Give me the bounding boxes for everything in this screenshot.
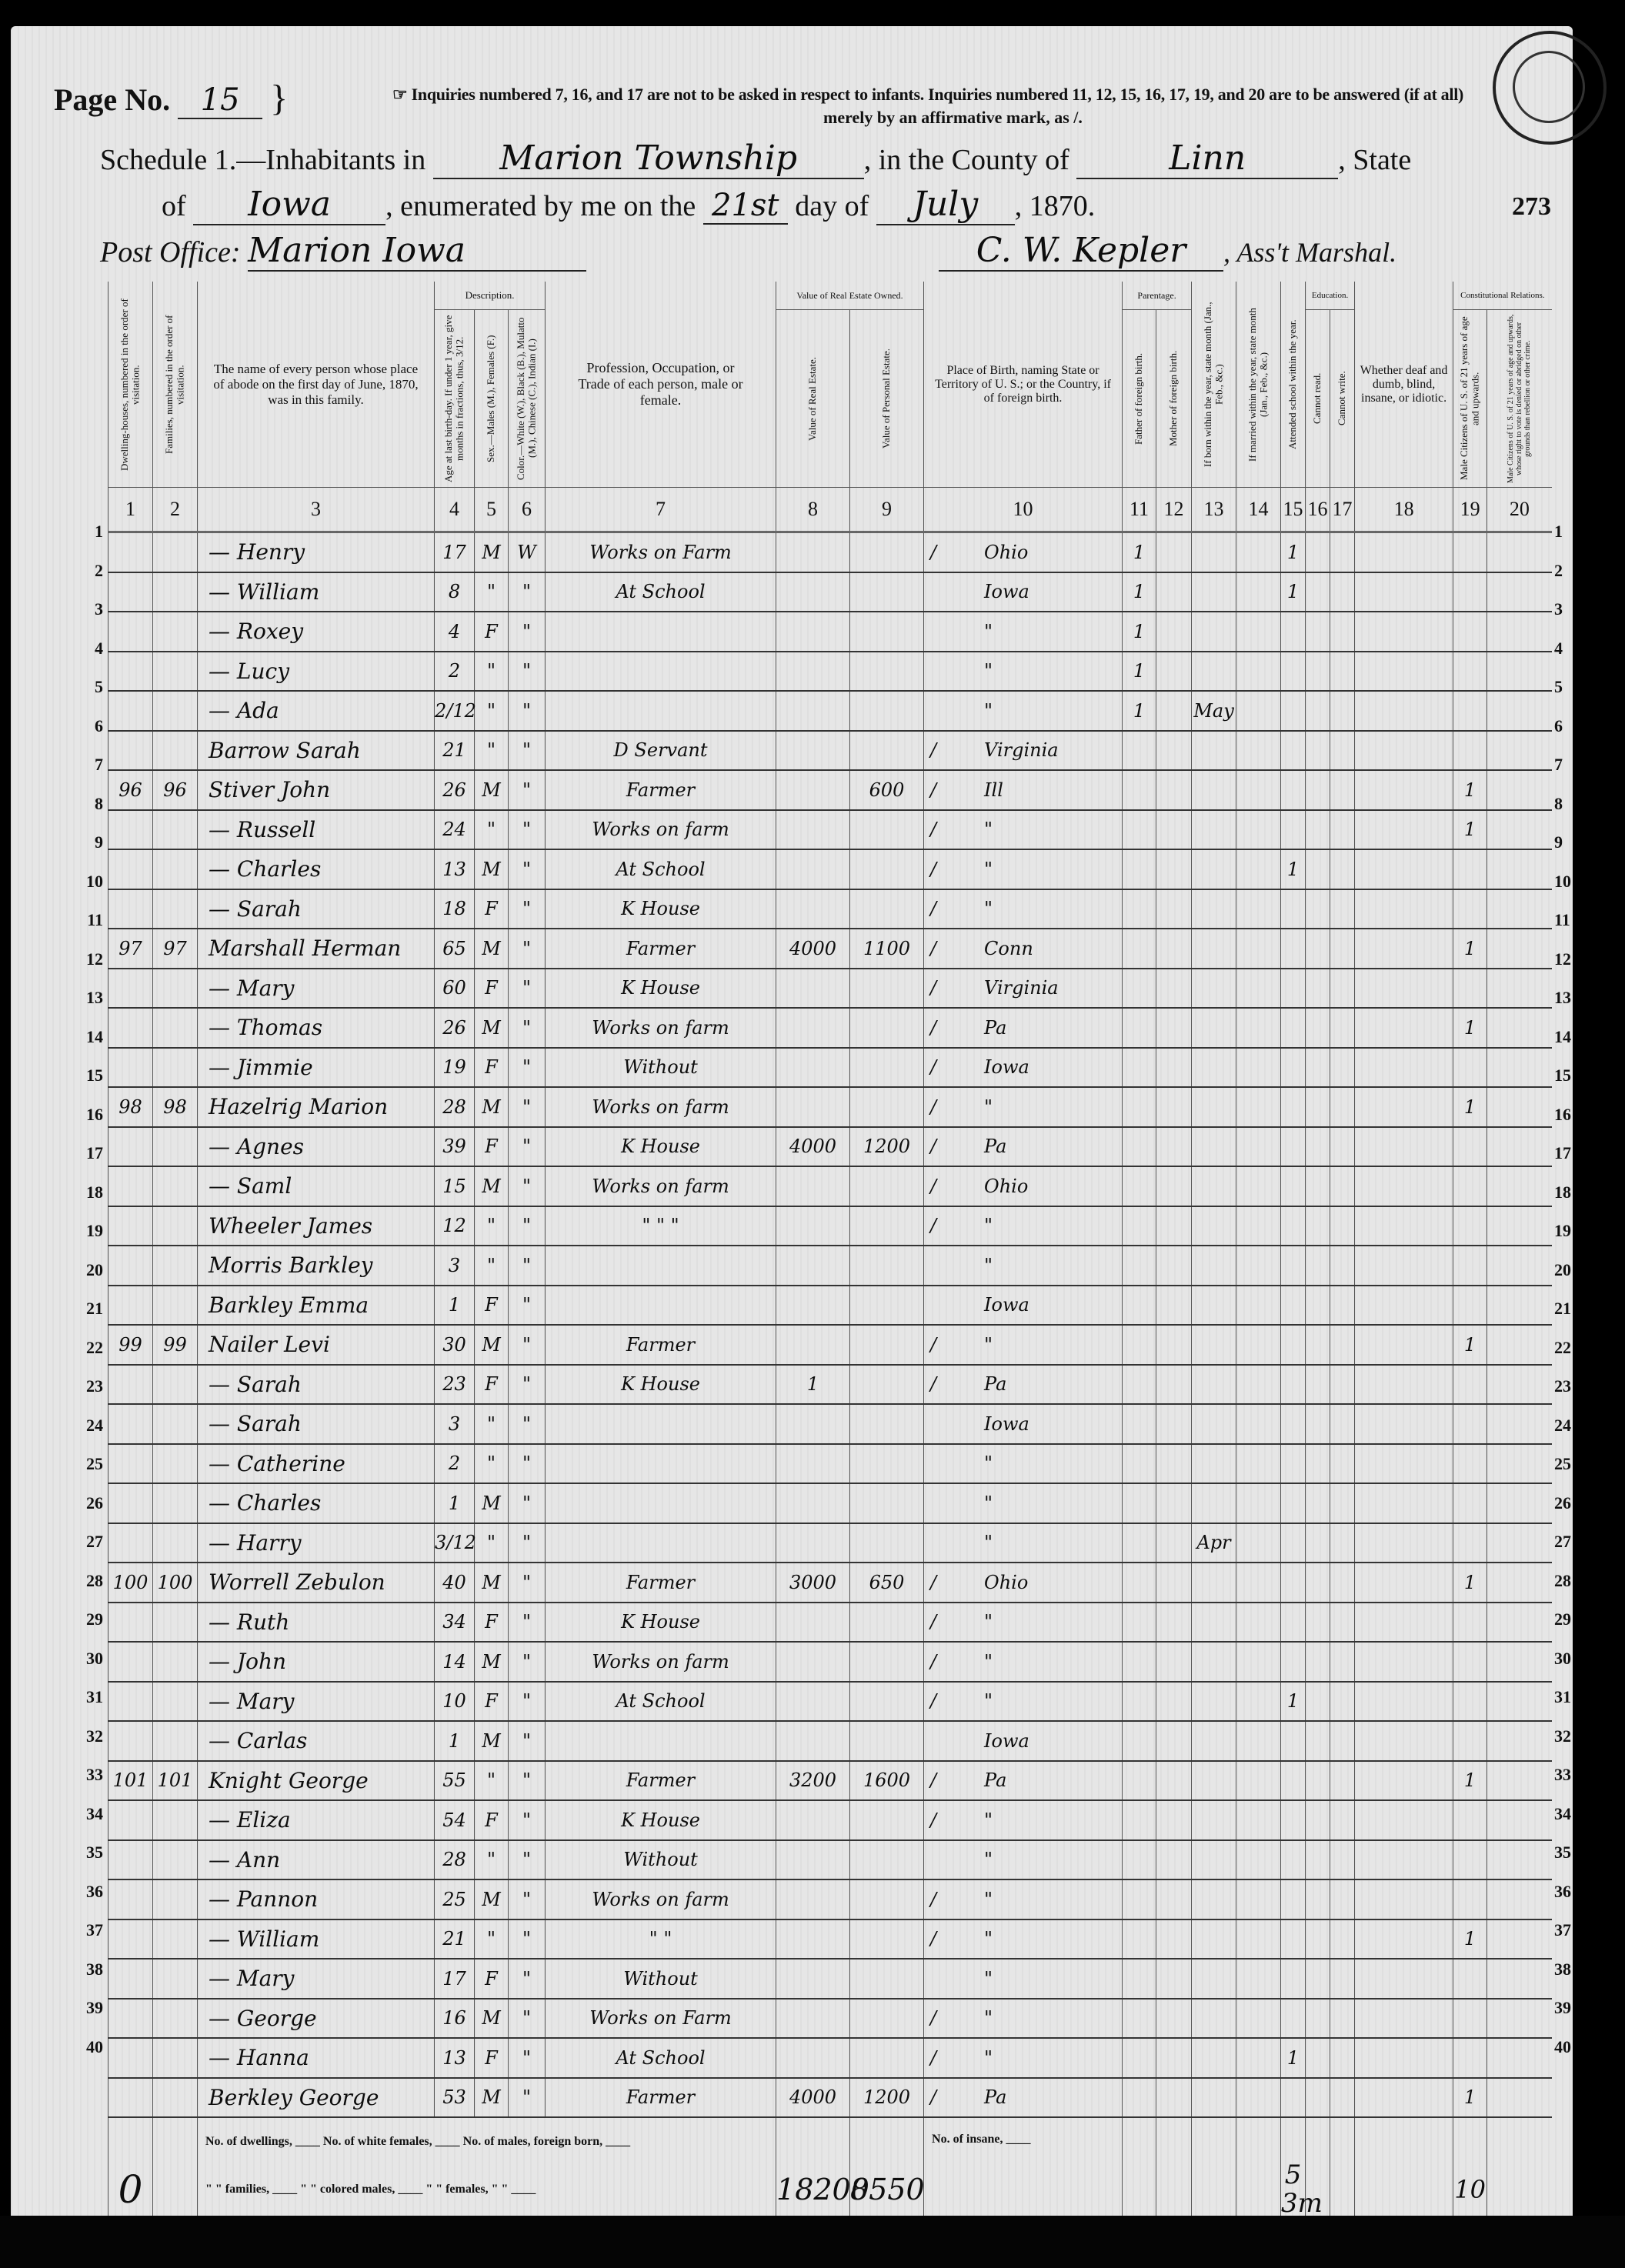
dwelling-number xyxy=(108,1246,153,1286)
birthplace-value: " xyxy=(984,1532,993,1553)
sex: F xyxy=(475,612,509,652)
cannot-write xyxy=(1330,1246,1355,1286)
vote-denied xyxy=(1487,1483,1552,1523)
vote-denied xyxy=(1487,1879,1552,1919)
real-estate-value xyxy=(776,1166,850,1206)
dwelling-number xyxy=(108,1959,153,1999)
check-mark: / xyxy=(930,1611,984,1633)
dwelling-number xyxy=(108,532,153,572)
line-number-right: 28 xyxy=(1554,1571,1571,1591)
male-citizen xyxy=(1453,1879,1487,1919)
table-row: — Mary17F"Without" xyxy=(108,1959,1552,1999)
mother-foreign xyxy=(1156,1087,1192,1127)
birthplace: /Pa xyxy=(924,1008,1123,1048)
male-citizen: 1 xyxy=(1453,1008,1487,1048)
male-citizen xyxy=(1453,889,1487,929)
vote-denied xyxy=(1487,1999,1552,2039)
occupation: " " " xyxy=(546,1206,776,1246)
occupation: K House xyxy=(546,889,776,929)
color: " xyxy=(509,969,546,1009)
occupation: Works on Farm xyxy=(546,1999,776,2039)
marshal-label: , Ass't Marshal. xyxy=(1223,237,1396,268)
vote-denied xyxy=(1487,1563,1552,1603)
family-number: 96 xyxy=(153,770,198,810)
real-estate-value xyxy=(776,1048,850,1088)
marriage-month xyxy=(1236,1286,1281,1326)
age: 13 xyxy=(435,2038,475,2078)
age: 17 xyxy=(435,532,475,572)
notice-text-2: merely by an affirmative mark, as /. xyxy=(823,108,1083,128)
father-foreign xyxy=(1123,1444,1156,1484)
attended-school xyxy=(1281,1048,1306,1088)
father-foreign xyxy=(1123,1246,1156,1286)
personal-estate-value xyxy=(850,1959,924,1999)
mother-foreign xyxy=(1156,1959,1192,1999)
dwelling-number xyxy=(108,572,153,612)
age: 55 xyxy=(435,1761,475,1801)
dwelling-number xyxy=(108,1444,153,1484)
marriage-month xyxy=(1236,652,1281,692)
attended-school xyxy=(1281,1127,1306,1167)
real-estate-value xyxy=(776,1959,850,1999)
color: " xyxy=(509,1087,546,1127)
family-number xyxy=(153,1404,198,1444)
cannot-write xyxy=(1330,1840,1355,1880)
father-foreign: 1 xyxy=(1123,532,1156,572)
attended-school xyxy=(1281,1721,1306,1761)
father-foreign xyxy=(1123,889,1156,929)
attended-school xyxy=(1281,1563,1306,1603)
birth-month xyxy=(1192,889,1236,929)
check-mark: / xyxy=(930,1096,984,1118)
birth-month xyxy=(1192,572,1236,612)
marriage-month xyxy=(1236,532,1281,572)
cannot-write xyxy=(1330,1206,1355,1246)
line-number-right: 18 xyxy=(1554,1182,1571,1202)
sex: " xyxy=(475,1761,509,1801)
sex: M xyxy=(475,1483,509,1523)
birth-month: Apr xyxy=(1192,1523,1236,1563)
dwelling-number: 100 xyxy=(108,1563,153,1603)
table-row: — Pannon25M"Works on farm/" xyxy=(108,1879,1552,1919)
line-number-left: 23 xyxy=(80,1376,103,1396)
cannot-write xyxy=(1330,1286,1355,1326)
mother-foreign xyxy=(1156,532,1192,572)
personal-estate-value xyxy=(850,1483,924,1523)
line-number-left: 36 xyxy=(80,1882,103,1902)
father-foreign: 1 xyxy=(1123,652,1156,692)
post-office-label: Post Office: xyxy=(100,236,241,268)
check-mark: / xyxy=(930,1690,984,1712)
dwelling-number xyxy=(108,1048,153,1088)
table-row: Wheeler James12""" " "/" xyxy=(108,1206,1552,1246)
mother-foreign xyxy=(1156,1840,1192,1880)
disability xyxy=(1355,889,1453,929)
table-row: — Hanna13F"At School/"1 xyxy=(108,2038,1552,2078)
line-number-right: 40 xyxy=(1554,2037,1571,2057)
cannot-write xyxy=(1330,1919,1355,1959)
marriage-month xyxy=(1236,1721,1281,1761)
description-group-header: Description. xyxy=(435,282,546,310)
father-foreign xyxy=(1123,2078,1156,2118)
birthplace-value: " xyxy=(984,1611,993,1633)
check-mark: / xyxy=(930,859,984,880)
mother-foreign xyxy=(1156,2038,1192,2078)
father-foreign xyxy=(1123,1008,1156,1048)
birth-month xyxy=(1192,652,1236,692)
attended-school xyxy=(1281,969,1306,1009)
attended-school xyxy=(1281,731,1306,771)
color: " xyxy=(509,1048,546,1088)
marriage-month xyxy=(1236,1444,1281,1484)
cannot-read xyxy=(1306,1959,1330,1999)
age: 3/12 xyxy=(435,1523,475,1563)
table-row: — Ruth34F"K House/" xyxy=(108,1603,1552,1643)
real-estate-value xyxy=(776,1919,850,1959)
birthplace: /" xyxy=(924,810,1123,850)
disability xyxy=(1355,1919,1453,1959)
occupation: Farmer xyxy=(546,1761,776,1801)
person-name: — William xyxy=(198,572,435,612)
cannot-read xyxy=(1306,929,1330,969)
col-cannot-read-header: Cannot read. xyxy=(1312,310,1323,487)
age: 23 xyxy=(435,1365,475,1405)
vote-denied xyxy=(1487,1642,1552,1682)
marriage-month xyxy=(1236,691,1281,731)
birth-month xyxy=(1192,532,1236,572)
sex: M xyxy=(475,2078,509,2118)
birthplace-value: Ohio xyxy=(984,1572,1028,1593)
dwelling-number: 96 xyxy=(108,770,153,810)
attended-school xyxy=(1281,1166,1306,1206)
father-foreign xyxy=(1123,1048,1156,1088)
color: W xyxy=(509,532,546,572)
marriage-month xyxy=(1236,1325,1281,1365)
birth-month: May xyxy=(1192,691,1236,731)
person-name: — Jimmie xyxy=(198,1048,435,1088)
occupation: At School xyxy=(546,572,776,612)
cannot-read xyxy=(1306,969,1330,1009)
color: " xyxy=(509,691,546,731)
mother-foreign xyxy=(1156,1523,1192,1563)
column-number: 7 xyxy=(546,488,776,532)
person-name: — George xyxy=(198,1999,435,2039)
family-number xyxy=(153,2038,198,2078)
birthplace: /Virginia xyxy=(924,969,1123,1009)
marriage-month xyxy=(1236,2038,1281,2078)
male-citizen xyxy=(1453,1682,1487,1722)
age: 12 xyxy=(435,1206,475,1246)
birthplace-value: Iowa xyxy=(984,1056,1029,1078)
sex: M xyxy=(475,1879,509,1919)
birthplace: /" xyxy=(924,849,1123,889)
line-number-right: 37 xyxy=(1554,1920,1571,1940)
vote-denied xyxy=(1487,572,1552,612)
father-foreign xyxy=(1123,731,1156,771)
vote-denied xyxy=(1487,1325,1552,1365)
real-estate-value xyxy=(776,1206,850,1246)
vote-denied xyxy=(1487,810,1552,850)
occupation: Works on farm xyxy=(546,1642,776,1682)
birthplace-value: Pa xyxy=(984,1769,1006,1791)
cannot-read xyxy=(1306,1127,1330,1167)
cannot-read xyxy=(1306,1721,1330,1761)
cannot-write xyxy=(1330,532,1355,572)
mother-foreign xyxy=(1156,1166,1192,1206)
cannot-read xyxy=(1306,1999,1330,2039)
real-estate-value xyxy=(776,1246,850,1286)
birthplace: /Pa xyxy=(924,2078,1123,2118)
birth-month xyxy=(1192,810,1236,850)
birth-month xyxy=(1192,731,1236,771)
real-estate-value xyxy=(776,612,850,652)
check-mark: / xyxy=(930,1017,984,1039)
col-disability-header: Whether deaf and dumb, blind, insane, or… xyxy=(1355,282,1453,488)
line-number-left: 17 xyxy=(80,1143,103,1163)
table-row: — Lucy2"""1 xyxy=(108,652,1552,692)
cannot-write xyxy=(1330,1682,1355,1722)
color: " xyxy=(509,1642,546,1682)
birthplace: " xyxy=(924,1840,1123,1880)
birth-month xyxy=(1192,1761,1236,1801)
line-number-right: 8 xyxy=(1554,794,1563,814)
line-number-left: 3 xyxy=(80,599,103,619)
line-number-left: 24 xyxy=(80,1416,103,1436)
attended-school xyxy=(1281,1246,1306,1286)
birthplace-value: " xyxy=(984,819,993,840)
father-foreign: 1 xyxy=(1123,572,1156,612)
real-estate-value xyxy=(776,1404,850,1444)
cannot-write xyxy=(1330,929,1355,969)
cannot-write xyxy=(1330,1642,1355,1682)
birthplace-value: " xyxy=(984,1215,993,1236)
cannot-write xyxy=(1330,2038,1355,2078)
disability xyxy=(1355,1404,1453,1444)
line-number-right: 13 xyxy=(1554,988,1571,1008)
father-foreign xyxy=(1123,1523,1156,1563)
family-number xyxy=(153,532,198,572)
occupation xyxy=(546,1444,776,1484)
marriage-month xyxy=(1236,1879,1281,1919)
mother-foreign xyxy=(1156,1286,1192,1326)
cannot-write xyxy=(1330,731,1355,771)
disability xyxy=(1355,1999,1453,2039)
age: 28 xyxy=(435,1840,475,1880)
birthplace: Iowa xyxy=(924,572,1123,612)
disability xyxy=(1355,1206,1453,1246)
personal-estate-value xyxy=(850,572,924,612)
birthplace-value: " xyxy=(984,859,993,880)
attended-school: 1 xyxy=(1281,572,1306,612)
attended-school xyxy=(1281,1087,1306,1127)
birth-month xyxy=(1192,1286,1236,1326)
birthplace-value: Ill xyxy=(984,779,1003,801)
table-row: — Sarah18F"K House/" xyxy=(108,889,1552,929)
birthplace-value: " xyxy=(984,1334,993,1356)
father-foreign xyxy=(1123,1919,1156,1959)
age: 25 xyxy=(435,1879,475,1919)
line-number-right: 30 xyxy=(1554,1649,1571,1669)
check-mark: / xyxy=(930,1056,984,1078)
marriage-month xyxy=(1236,1840,1281,1880)
male-citizen xyxy=(1453,652,1487,692)
vote-denied xyxy=(1487,1286,1552,1326)
cannot-read xyxy=(1306,1840,1330,1880)
table-row: Berkley George53M"Farmer40001200/Pa1 xyxy=(108,2078,1552,2118)
cannot-read xyxy=(1306,1642,1330,1682)
occupation: At School xyxy=(546,1682,776,1722)
dwelling-number xyxy=(108,1166,153,1206)
real-estate-value xyxy=(776,1008,850,1048)
real-estate-value xyxy=(776,1642,850,1682)
family-number: 100 xyxy=(153,1563,198,1603)
occupation xyxy=(546,1721,776,1761)
marshal-line: C. W. Kepler, Ass't Marshal. xyxy=(939,231,1396,272)
birthplace-value: Ohio xyxy=(984,1176,1028,1197)
table-row: — Roxey4F""1 xyxy=(108,612,1552,652)
family-number xyxy=(153,1008,198,1048)
disability xyxy=(1355,1246,1453,1286)
census-office-stamp xyxy=(1493,31,1607,145)
sex: " xyxy=(475,1523,509,1563)
occupation: D Servant xyxy=(546,731,776,771)
color: " xyxy=(509,731,546,771)
age: 15 xyxy=(435,1166,475,1206)
sex: M xyxy=(475,1325,509,1365)
birthplace: /Ohio xyxy=(924,1563,1123,1603)
marriage-month xyxy=(1236,810,1281,850)
personal-estate-value xyxy=(850,1404,924,1444)
dwelling-number xyxy=(108,652,153,692)
line-number-left: 9 xyxy=(80,832,103,852)
mother-foreign xyxy=(1156,929,1192,969)
dwelling-number xyxy=(108,810,153,850)
birth-month xyxy=(1192,1603,1236,1643)
disability xyxy=(1355,572,1453,612)
line-number-right: 34 xyxy=(1554,1804,1571,1824)
vote-denied xyxy=(1487,731,1552,771)
line-number-left: 16 xyxy=(80,1105,103,1125)
mother-foreign xyxy=(1156,1999,1192,2039)
age: 2/12 xyxy=(435,691,475,731)
table-row: — Carlas1M"Iowa xyxy=(108,1721,1552,1761)
marriage-month xyxy=(1236,1365,1281,1405)
family-number xyxy=(153,1919,198,1959)
column-number: 12 xyxy=(1156,488,1192,532)
father-foreign xyxy=(1123,1800,1156,1840)
marriage-month xyxy=(1236,2078,1281,2118)
year-value: , 1870. xyxy=(1015,190,1096,222)
mother-foreign xyxy=(1156,612,1192,652)
table-row: — John14M"Works on farm/" xyxy=(108,1642,1552,1682)
dwelling-number xyxy=(108,1840,153,1880)
attended-school xyxy=(1281,1999,1306,2039)
birthplace-value: Pa xyxy=(984,2086,1006,2108)
person-name: — Charles xyxy=(198,1483,435,1523)
male-citizen xyxy=(1453,1483,1487,1523)
attended-school xyxy=(1281,612,1306,652)
disability xyxy=(1355,770,1453,810)
birth-month xyxy=(1192,1404,1236,1444)
person-name: — Mary xyxy=(198,1682,435,1722)
attended-school xyxy=(1281,1404,1306,1444)
real-estate-value xyxy=(776,1603,850,1643)
cannot-read xyxy=(1306,2038,1330,2078)
color: " xyxy=(509,1404,546,1444)
birthplace-value: Pa xyxy=(984,1136,1006,1157)
day-of-label: day of xyxy=(795,190,869,222)
person-name: — Henry xyxy=(198,532,435,572)
sex: F xyxy=(475,969,509,1009)
occupation: Without xyxy=(546,1048,776,1088)
vote-denied xyxy=(1487,1404,1552,1444)
birthplace: " xyxy=(924,1523,1123,1563)
person-name: — Mary xyxy=(198,969,435,1009)
line-number-right: 7 xyxy=(1554,755,1563,775)
person-name: — Harry xyxy=(198,1523,435,1563)
post-office-line: Post Office: Marion Iowa xyxy=(100,231,586,272)
father-foreign xyxy=(1123,1603,1156,1643)
column-number: 10 xyxy=(924,488,1123,532)
mother-foreign xyxy=(1156,810,1192,850)
table-row: Barkley Emma1F"Iowa xyxy=(108,1286,1552,1326)
birthplace-value: Iowa xyxy=(984,1294,1029,1316)
birth-month xyxy=(1192,1879,1236,1919)
family-number xyxy=(153,849,198,889)
mother-foreign xyxy=(1156,1721,1192,1761)
constitutional-group-header: Constitutional Relations. xyxy=(1453,282,1552,310)
sex: M xyxy=(475,1642,509,1682)
birth-month xyxy=(1192,1325,1236,1365)
personal-estate-value xyxy=(850,1879,924,1919)
mother-foreign xyxy=(1156,1365,1192,1405)
color: " xyxy=(509,1246,546,1286)
family-number xyxy=(153,1523,198,1563)
col-male-citizens-header: Male Citizens of U. S. of 21 years of ag… xyxy=(1459,310,1481,487)
person-name: — Sarah xyxy=(198,1365,435,1405)
family-number xyxy=(153,969,198,1009)
mother-foreign xyxy=(1156,2078,1192,2118)
line-number-right: 15 xyxy=(1554,1066,1571,1086)
birthplace: /Ohio xyxy=(924,532,1123,572)
marriage-month xyxy=(1236,1048,1281,1088)
sex: F xyxy=(475,1365,509,1405)
cannot-read xyxy=(1306,1523,1330,1563)
age: 2 xyxy=(435,1444,475,1484)
vote-denied xyxy=(1487,691,1552,731)
disability xyxy=(1355,1879,1453,1919)
dwelling-number: 101 xyxy=(108,1761,153,1801)
disability xyxy=(1355,1286,1453,1326)
occupation: K House xyxy=(546,1365,776,1405)
birth-month xyxy=(1192,1246,1236,1286)
birthplace: /" xyxy=(924,1603,1123,1643)
personal-estate-value xyxy=(850,849,924,889)
line-number-right: 39 xyxy=(1554,1998,1571,2018)
line-number-right: 24 xyxy=(1554,1416,1571,1436)
color: " xyxy=(509,1365,546,1405)
col-sex-header: Sex.—Males (M.), Females (F.) xyxy=(485,310,496,487)
table-row: Barrow Sarah21""D Servant/Virginia xyxy=(108,731,1552,771)
birthplace: /" xyxy=(924,1642,1123,1682)
occupation: K House xyxy=(546,1800,776,1840)
age: 26 xyxy=(435,770,475,810)
father-foreign xyxy=(1123,1325,1156,1365)
dwelling-number xyxy=(108,731,153,771)
sex: F xyxy=(475,1800,509,1840)
check-mark: / xyxy=(930,1769,984,1791)
line-number-left: 12 xyxy=(80,949,103,969)
